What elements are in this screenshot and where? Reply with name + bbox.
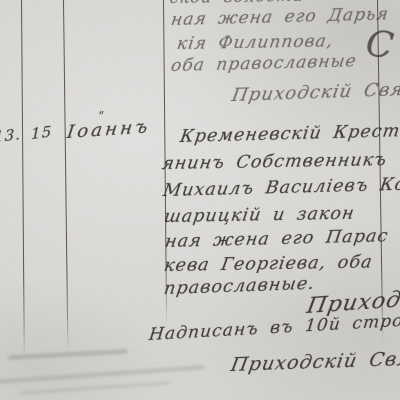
prev-entry-line: ная жена его Дарья bbox=[170, 6, 390, 29]
entry-line: шарицкій и закон bbox=[163, 206, 356, 227]
entry-line: Кременевскій Крест — bbox=[179, 122, 400, 146]
prev-entry-line: оба православные bbox=[170, 53, 358, 75]
entry-line: кева Георгіева, оба bbox=[163, 254, 374, 275]
child-name-cell: Іоаннъ bbox=[66, 118, 152, 142]
name-diacritic-marks: ʺ bbox=[98, 110, 106, 123]
correction-note: Надписанъ въ 10й строкѣ "со bbox=[148, 309, 400, 344]
entry-line: янинъ Собственникъ bbox=[161, 152, 389, 173]
prev-entry-line: кія Филиппова, bbox=[176, 33, 335, 53]
entry-number-cell: 13. bbox=[0, 127, 21, 145]
day-number-cell: 15 bbox=[31, 124, 53, 141]
entry-line: Михаилъ Василіевъ Ко bbox=[162, 177, 400, 201]
entry-line: ная жена его Парас bbox=[164, 228, 390, 251]
priest-signature: Приходскій Свящ bbox=[229, 349, 400, 375]
prev-entry-priest-signature: Приходскій Свя bbox=[230, 81, 400, 105]
ink-smudge bbox=[0, 365, 205, 385]
entry-line: православные. bbox=[163, 276, 316, 299]
ink-smudge bbox=[20, 381, 170, 395]
prev-entry-line: ской волости bbox=[169, 0, 305, 6]
edge-ink-fragment: С bbox=[364, 26, 397, 65]
register-scan-page: ской волости ная жена его Дарья кія Фили… bbox=[0, 0, 400, 400]
column-rule-2 bbox=[63, 0, 69, 352]
column-rule-1 bbox=[21, 0, 25, 358]
